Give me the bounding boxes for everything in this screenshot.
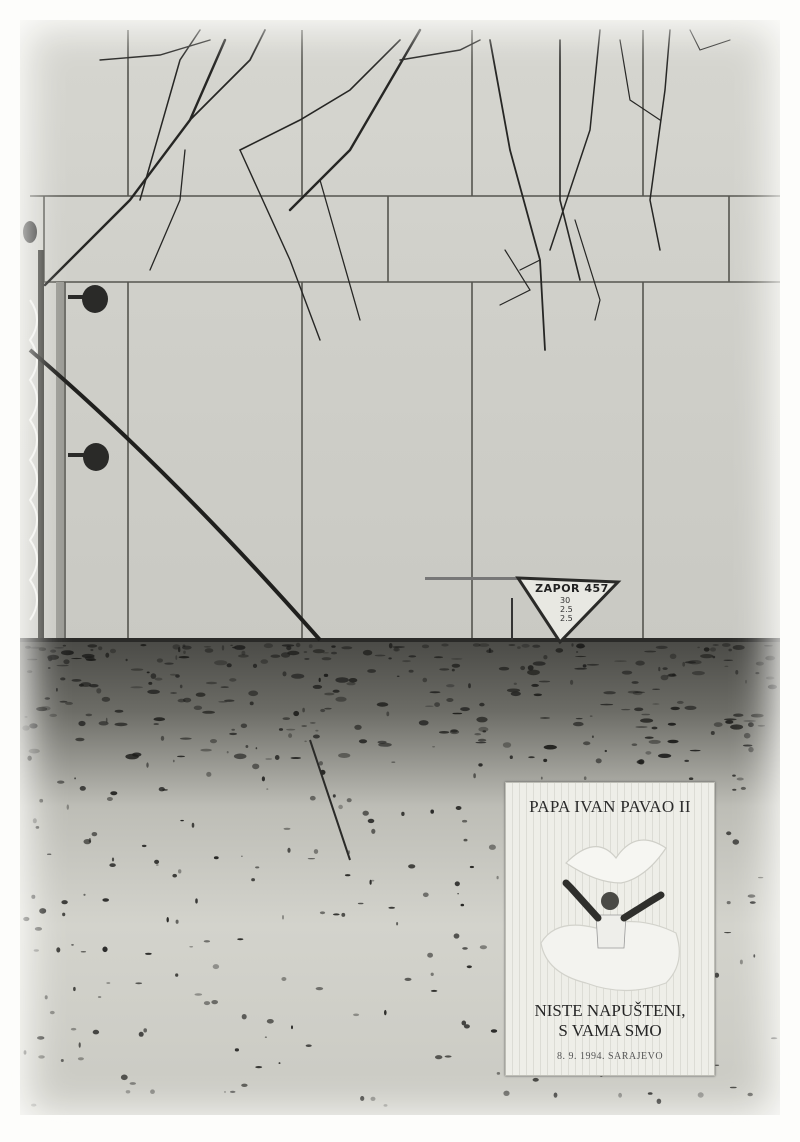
pope-with-dove-icon (526, 823, 696, 1003)
tree-branches (45, 30, 730, 350)
poster-title: PAPA IVAN PAVAO II (506, 797, 714, 817)
papal-poster: PAPA IVAN PAVAO II NISTE NAPUŠTENI, S VA… (505, 782, 715, 1076)
panel-grid (30, 30, 780, 638)
poster-slogan-line2: S VAMA SMO (506, 1021, 714, 1041)
photograph: ZAPOR 457 30 2.5 2.5 PAPA IVAN PAVAO II … (0, 0, 800, 1142)
sign-line: 2.5 (560, 605, 590, 614)
sign-title: ZAPOR 457 (532, 582, 612, 595)
sign-line: 30 (560, 596, 590, 605)
lower-branch (310, 740, 350, 860)
left-pipe (30, 250, 64, 638)
poster-slogan-line1: NISTE NAPUŠTENI, (506, 1001, 714, 1021)
diagonal-cable (30, 350, 320, 640)
sign-line: 2.5 (560, 614, 590, 623)
poster-date-place: 8. 9. 1994. SARAJEVO (506, 1051, 714, 1062)
sign-numbers: 30 2.5 2.5 (560, 596, 590, 623)
